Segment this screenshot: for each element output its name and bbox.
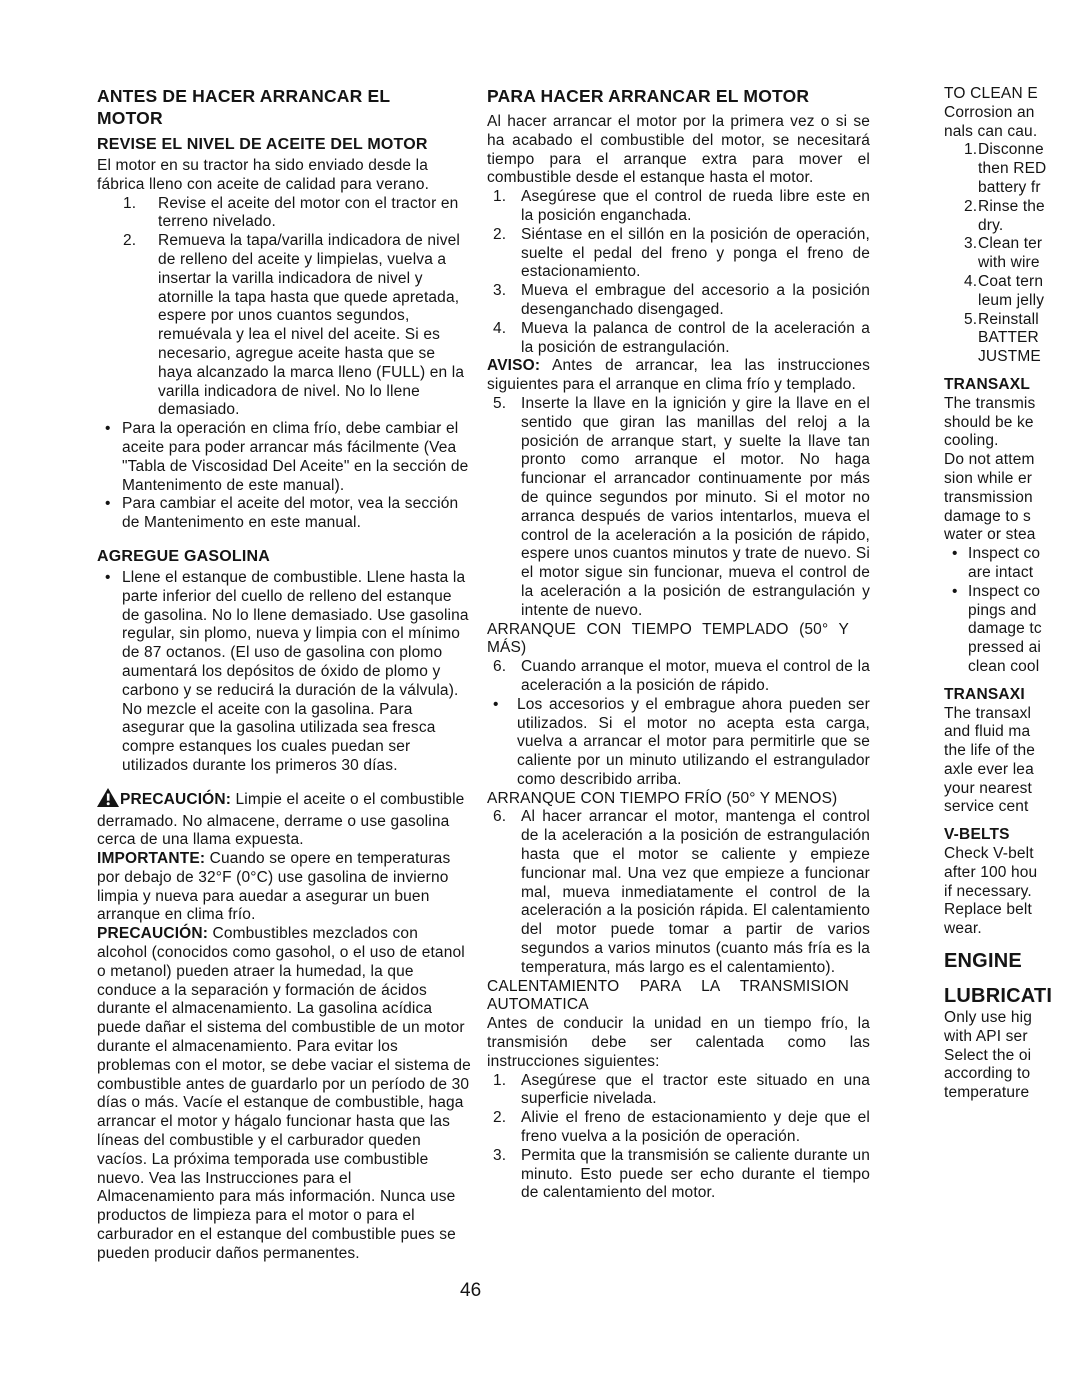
transaxle-fluid-heading: TRANSAXI: [944, 686, 1080, 705]
text-line: JUSTME: [944, 348, 1080, 367]
step-text: Rinse the: [978, 198, 1045, 215]
step-number: 1.: [493, 188, 521, 226]
bullet-marker: •: [952, 583, 968, 602]
text-line: dry.: [944, 217, 1080, 236]
step-text: Siéntase en el sillón en la posición de …: [521, 226, 870, 282]
clean-step-2: 2.Rinse the: [944, 198, 1080, 217]
text-line: should be ke: [944, 414, 1080, 433]
step-text: Remueva la tapa/varilla indicadora de ni…: [158, 232, 471, 420]
step-text: Mueva el embrague del accesorio a la pos…: [521, 282, 870, 320]
transaxle-cooling-heading: TRANSAXL: [944, 376, 1080, 395]
step-text: Mueva la palanca de control de la aceler…: [521, 320, 870, 358]
text-line: battery fr: [944, 179, 1080, 198]
step-number: 2.: [123, 232, 158, 420]
text-line: BATTER: [944, 329, 1080, 348]
gas-bullet: • Llene el estanque de combustible. Llen…: [97, 569, 471, 776]
aviso-text: Antes de arrancar, lea las instrucciones…: [487, 357, 870, 393]
step-number: 4.: [964, 273, 978, 292]
step-number: 5.: [964, 311, 978, 330]
transaxle-bullet-1: •Inspect co: [944, 545, 1080, 564]
text-line: axle ever lea: [944, 761, 1080, 780]
bullet-text: Para la operación en clima frío, debe ca…: [122, 420, 471, 495]
aviso-paragraph: AVISO: Antes de arrancar, lea las instru…: [487, 357, 870, 395]
text-line: damage to s: [944, 508, 1080, 527]
important-paragraph: IMPORTANTE: Cuando se opere en temperatu…: [97, 850, 471, 925]
text-line: temperature: [944, 1084, 1080, 1103]
step-number: 2.: [493, 1109, 521, 1147]
oil-bullet-2: • Para cambiar el aceite del motor, vea …: [97, 495, 471, 533]
text-line: then RED: [944, 160, 1080, 179]
step-number: 3.: [964, 235, 978, 254]
step-text: Asegúrese que el control de rueda libre …: [521, 188, 870, 226]
bullet-text: Inspect co: [968, 545, 1040, 562]
bullet-marker: •: [493, 696, 517, 790]
warm-start-heading: ARRANQUE CON TIEMPO TEMPLADO (50° Y MÁS): [487, 621, 849, 659]
warning-icon: [97, 788, 119, 813]
bullet-text: Los accesorios y el embrague ahora puede…: [517, 696, 870, 790]
text-line: cooling.: [944, 432, 1080, 451]
bullet-text: Para cambiar el aceite del motor, vea la…: [122, 495, 471, 533]
important-label: IMPORTANTE:: [97, 850, 205, 867]
text-line: clean cool: [944, 658, 1080, 677]
warm-step-6: 6. Cuando arranque el motor, mueva el co…: [487, 658, 870, 696]
clean-battery-heading: TO CLEAN E: [944, 85, 1080, 104]
step-text: Cuando arranque el motor, mueva el contr…: [521, 658, 870, 696]
page-number: 46: [460, 1280, 481, 1302]
text-line: with wire: [944, 254, 1080, 273]
start-step-4: 4. Mueva la palanca de control de la ace…: [487, 320, 870, 358]
step-text: Disconne: [978, 141, 1044, 158]
text-line: Do not attem: [944, 451, 1080, 470]
oil-step-1: 1. Revise el aceite del motor con el tra…: [97, 195, 471, 233]
step-number: 5.: [493, 395, 521, 621]
text-line: nals can cau.: [944, 123, 1080, 142]
step-number: 6.: [493, 808, 521, 977]
caution-paragraph: PRECAUCIÓN: Limpie el aceite o el combus…: [97, 788, 471, 850]
section-heading-para-arrancar: PARA HACER ARRANCAR EL MOTOR: [487, 85, 870, 107]
text-line: pressed ai: [944, 639, 1080, 658]
engine-heading: ENGINE: [944, 949, 1080, 974]
subheading-agregue-gasolina: AGREGUE GASOLINA: [97, 547, 471, 567]
text-line: leum jelly: [944, 292, 1080, 311]
trans-step-3: 3. Permita que la transmisión se calient…: [487, 1147, 870, 1203]
trans-step-1: 1. Asegúrese que el tractor este situado…: [487, 1072, 870, 1110]
clean-step-1: 1.Disconne: [944, 141, 1080, 160]
step-number: 3.: [493, 282, 521, 320]
caution-label: PRECAUCIÓN:: [120, 791, 231, 808]
text-line: Only use hig: [944, 1009, 1080, 1028]
text-line: pings and: [944, 602, 1080, 621]
cold-start-heading: ARRANQUE CON TIEMPO FRÍO (50° Y MENOS): [487, 790, 849, 809]
caution2-paragraph: PRECAUCIÓN: Combustibles mezclados con a…: [97, 925, 471, 1263]
start-step-2: 2. Siéntase en el sillón en la posición …: [487, 226, 870, 282]
oil-step-2: 2. Remueva la tapa/varilla indicadora de…: [97, 232, 471, 420]
text-line: damage tc: [944, 620, 1080, 639]
aviso-label: AVISO:: [487, 357, 540, 374]
step-text: Permita que la transmisión se caliente d…: [521, 1147, 870, 1203]
warm-bullet: • Los accesorios y el embrague ahora pue…: [487, 696, 870, 790]
text-line: Check V-belt: [944, 845, 1080, 864]
transmission-intro: Antes de conducir la unidad en un tiempo…: [487, 1015, 870, 1071]
text-line: according to: [944, 1065, 1080, 1084]
text-line: if necessary.: [944, 883, 1080, 902]
clean-step-5: 5.Reinstall: [944, 311, 1080, 330]
step-number: 3.: [493, 1147, 521, 1203]
bullet-marker: •: [952, 545, 968, 564]
text-line: The transaxl: [944, 705, 1080, 724]
step-number: 6.: [493, 658, 521, 696]
bullet-text: Llene el estanque de combustible. Llene …: [122, 569, 471, 776]
bullet-marker: •: [105, 420, 122, 495]
start-step-1: 1. Asegúrese que el control de rueda lib…: [487, 188, 870, 226]
subheading-revise-aceite: REVISE EL NIVEL DE ACEITE DEL MOTOR: [97, 135, 471, 155]
text-line: transmission: [944, 489, 1080, 508]
text-line: The transmis: [944, 395, 1080, 414]
text-line: Select the oi: [944, 1047, 1080, 1066]
step-number: 2.: [493, 226, 521, 282]
column-spanish-start-engine: PARA HACER ARRANCAR EL MOTOR Al hacer ar…: [487, 85, 870, 1203]
text-line: service cent: [944, 798, 1080, 817]
step-text: Al hacer arrancar el motor, mantenga el …: [521, 808, 870, 977]
step-text: Coat tern: [978, 273, 1043, 290]
transaxle-bullet-2: •Inspect co: [944, 583, 1080, 602]
text-line: your nearest: [944, 780, 1080, 799]
caution2-text: Combustibles mezclados con alcohol (cono…: [97, 925, 471, 1262]
text-line: sion while er: [944, 470, 1080, 489]
bullet-marker: •: [105, 495, 122, 533]
cold-step-6: 6. Al hacer arrancar el motor, mantenga …: [487, 808, 870, 977]
text-line: the life of the: [944, 742, 1080, 761]
step-text: Asegúrese que el tractor este situado en…: [521, 1072, 870, 1110]
oil-bullet-1: • Para la operación en clima frío, debe …: [97, 420, 471, 495]
step-number: 4.: [493, 320, 521, 358]
text-line: after 100 hou: [944, 864, 1080, 883]
v-belts-heading: V-BELTS: [944, 826, 1080, 845]
clean-step-3: 3.Clean ter: [944, 235, 1080, 254]
start-intro-paragraph: Al hacer arrancar el motor por la primer…: [487, 113, 870, 188]
text-line: wear.: [944, 920, 1080, 939]
lubrication-heading: LUBRICATI: [944, 984, 1080, 1009]
step-text: Reinstall: [978, 311, 1039, 328]
step-text: Revise el aceite del motor con el tracto…: [158, 195, 471, 233]
trans-step-2: 2. Alivie el freno de estacionamiento y …: [487, 1109, 870, 1147]
step-number: 1.: [123, 195, 158, 233]
text-line: Corrosion an: [944, 104, 1080, 123]
transmission-warmup-heading: CALENTAMIENTO PARA LA TRANSMISION AUTOMA…: [487, 978, 849, 1016]
step-number: 1.: [493, 1072, 521, 1110]
step-text: Inserte la llave en la ignición y gire l…: [521, 395, 870, 621]
bullet-text: Inspect co: [968, 583, 1040, 600]
step-text: Clean ter: [978, 235, 1042, 252]
text-line: and fluid ma: [944, 723, 1080, 742]
step-text: Alivie el freno de estacionamiento y dej…: [521, 1109, 870, 1147]
text-line: Replace belt: [944, 901, 1080, 920]
bullet-marker: •: [105, 569, 122, 776]
start-step-5: 5. Inserte la llave en la ignición y gir…: [487, 395, 870, 621]
step-number: 2.: [964, 198, 978, 217]
oil-intro-paragraph: El motor en su tractor ha sido enviado d…: [97, 157, 471, 195]
clean-step-4: 4.Coat tern: [944, 273, 1080, 292]
text-line: are intact: [944, 564, 1080, 583]
step-number: 1.: [964, 141, 978, 160]
column-english-clipped: TO CLEAN E Corrosion an nals can cau. 1.…: [944, 85, 1080, 1103]
caution2-label: PRECAUCIÓN:: [97, 925, 208, 942]
manual-page: ANTES DE HACER ARRANCAR EL MOTOR REVISE …: [0, 0, 1080, 1375]
start-step-3: 3. Mueva el embrague del accesorio a la …: [487, 282, 870, 320]
text-line: water or stea: [944, 526, 1080, 545]
section-heading-antes: ANTES DE HACER ARRANCAR EL MOTOR: [97, 85, 407, 129]
text-line: with API ser: [944, 1028, 1080, 1047]
column-spanish-before-start: ANTES DE HACER ARRANCAR EL MOTOR REVISE …: [97, 85, 471, 1264]
